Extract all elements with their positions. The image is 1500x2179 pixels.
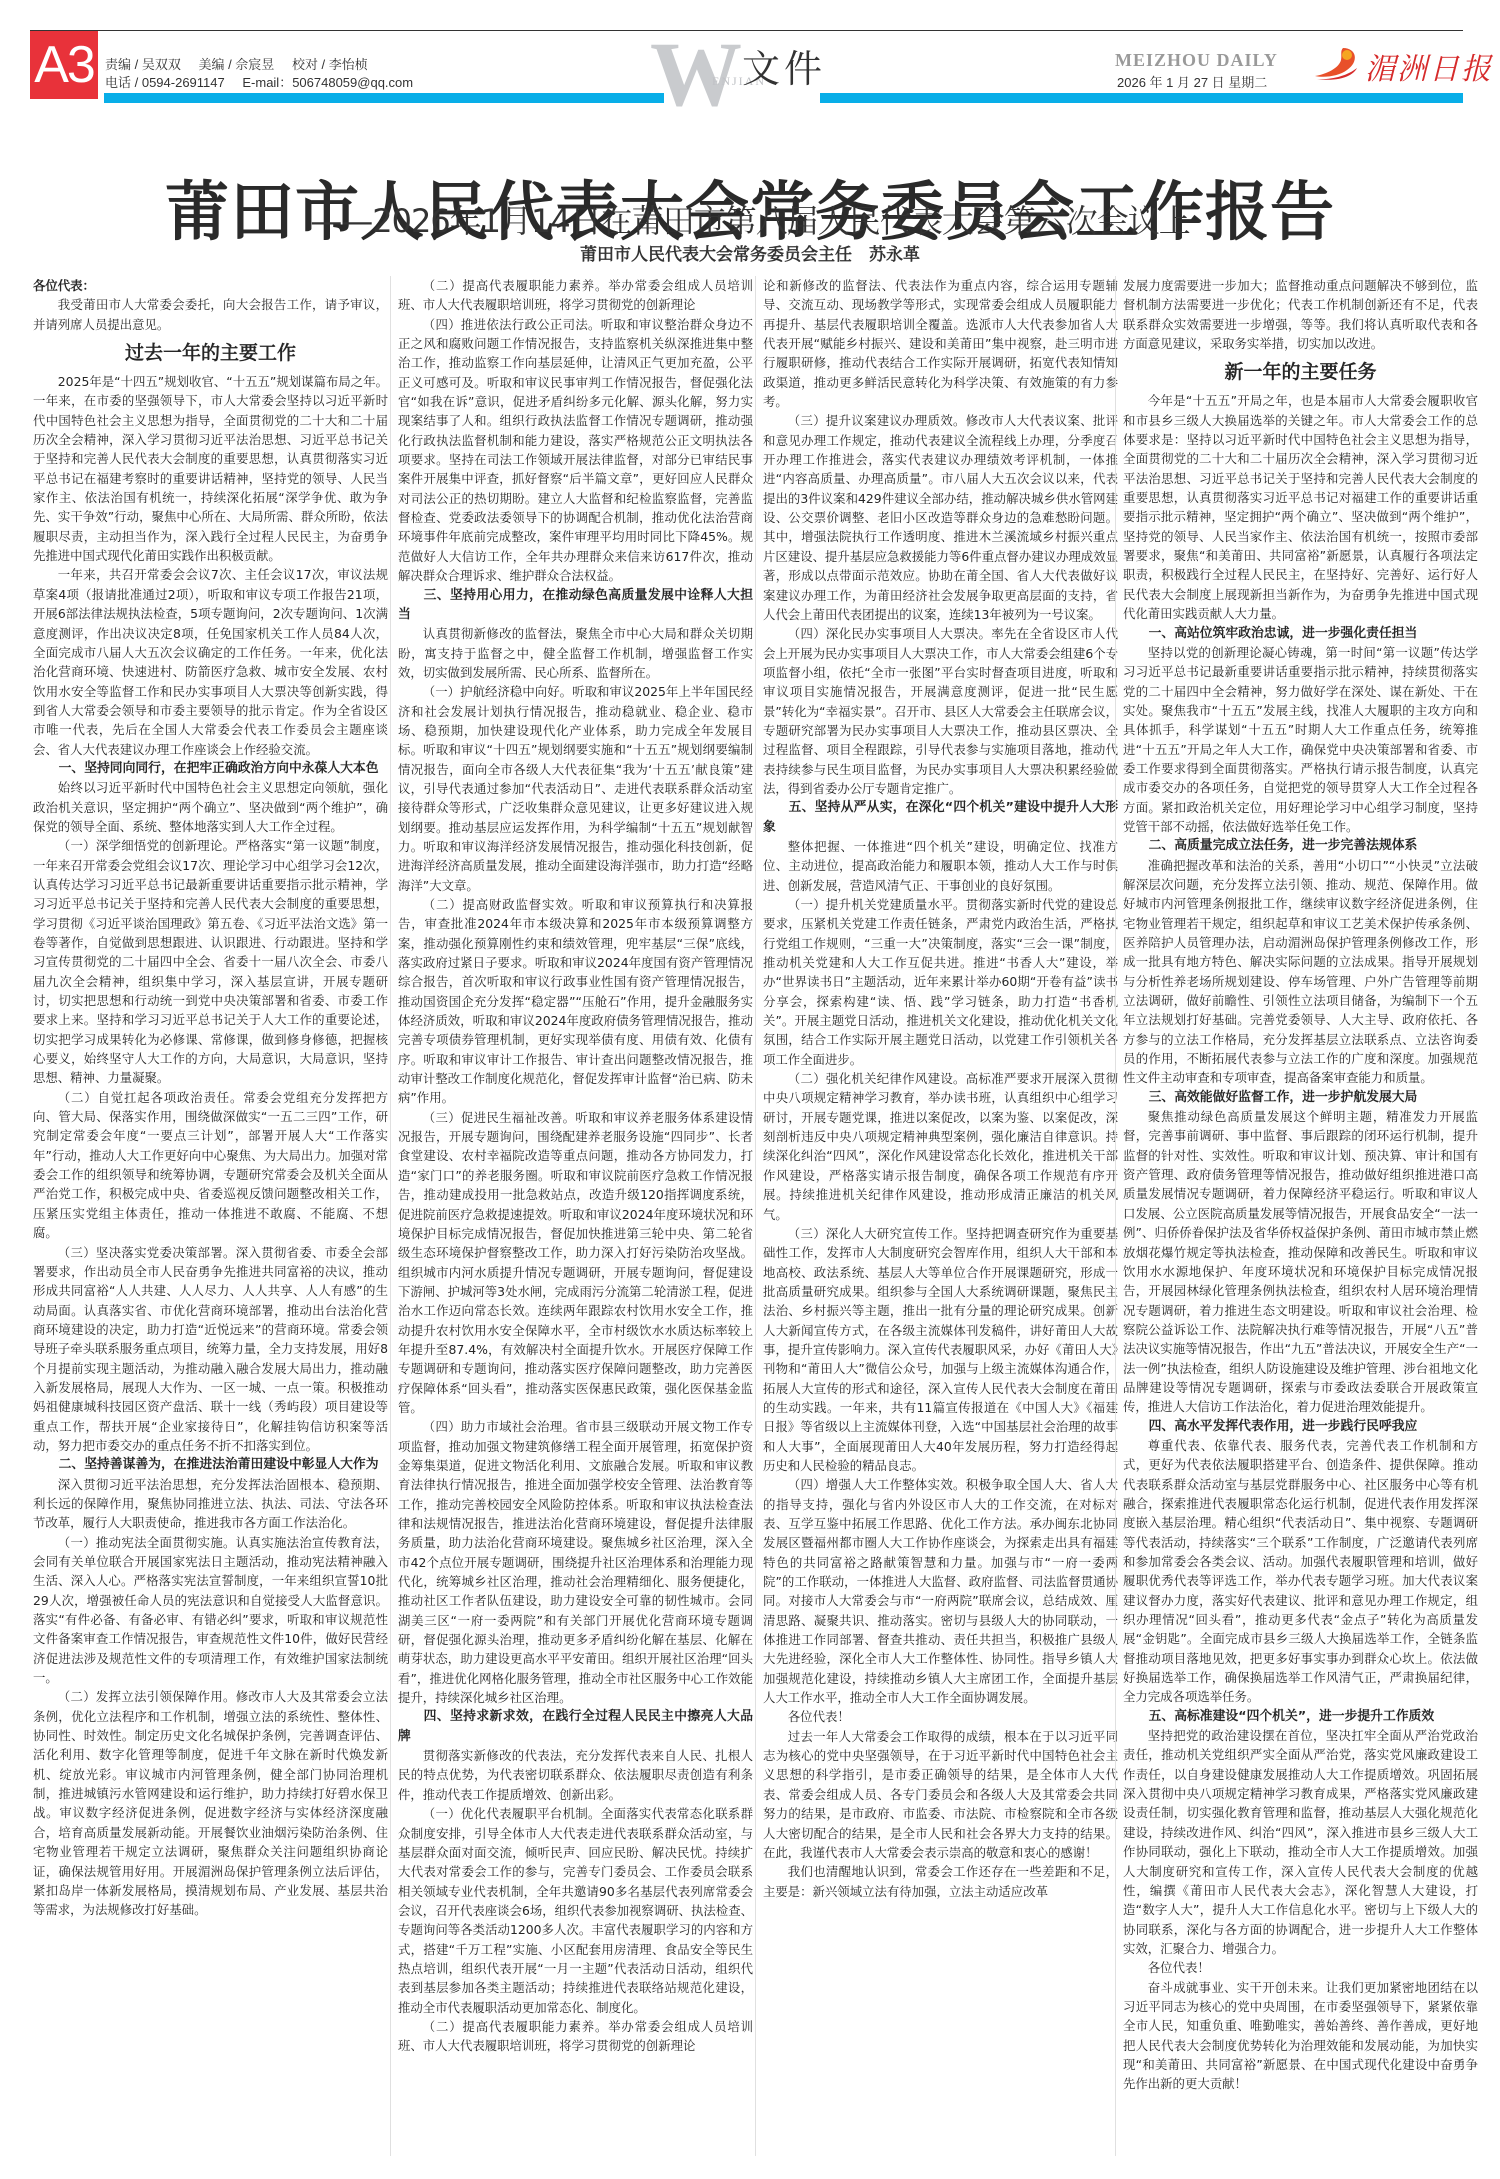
paragraph: 我们也清醒地认识到，常委会工作还存在一些差距和不足，主要是：新兴领域立法有待加强… [763,1862,1118,1901]
paragraph: （二）发挥立法引领保障作用。修改市人大及其常委会立法条例，优化立法程序和工作机制… [33,1687,388,1919]
column-divider [1115,276,1116,2156]
paragraph: （四）助力市域社会治理。省市县三级联动开展文物工作专项监督，推动加强文物建筑修缮… [398,1417,753,1707]
paragraph: （二）提高代表履职能力素养。举办常委会组成人员培训班、市人大代表履职培训班，将学… [398,2017,753,2056]
article-column-3: 论和新修改的监督法、代表法作为重点内容，综合运用专题辅导、交流互动、现场教学等形… [763,276,1118,1901]
paragraph: （二）自觉扛起各项政治责任。常委会党组充分发挥把方向、管大局、保落实作用，围绕做… [33,1088,388,1243]
header-bar-right [820,93,1463,103]
paragraph: 聚焦推动绿色高质量发展这个鲜明主题，精准发力开展监督，完善事前调研、事中监督、事… [1123,1107,1478,1417]
paragraph: （四）推进依法行政公正司法。听取和审议整治群众身边不正之风和腐败问题工作情况报告… [398,315,753,586]
masthead-chinese: 湄洲日报 [1365,44,1493,88]
paragraph: 论和新修改的监督法、代表法作为重点内容，综合运用专题辅导、交流互动、现场教学等形… [763,276,1118,411]
paragraph: （二）提高代表履职能力素养。举办常委会组成人员培训班、市人大代表履职培训班，将学… [398,276,753,315]
paragraph: 过去一年人大常委会工作取得的成绩，根本在于以习近平同志为核心的党中央坚强领导，在… [763,1727,1118,1862]
column-divider [755,276,756,2156]
paragraph: 整体把握、一体推进“四个机关”建设，明确定位、找准方位、主动进位，提高政治能力和… [763,837,1118,895]
paragraph: 准确把握改革和法治的关系，善用“小切口”“小快灵”立法破解深层次问题，充分发挥立… [1123,856,1478,1088]
item-title: （二）自觉扛起各项政治责任。 [58,1090,243,1105]
subsection-heading-5: 五、坚持从严从实，在深化“四个机关”建设中提升人大形象 [763,798,1118,837]
paragraph: （二）强化机关纪律作风建设。高标准严要求开展深入贯彻中央八项规定精神学习教育，举… [763,1069,1118,1224]
article-byline: 莆田市人民代表大会常务委员会主任 苏永革 [0,240,1500,265]
salutation: 各位代表！ [763,1707,1118,1726]
salutation: 各位代表！ [1123,1958,1478,1977]
paragraph: （三）深化人大研究宣传工作。坚持把调查研究作为重要基础性工作，发挥市人大制度研究… [763,1224,1118,1475]
credit-editor: 责编 / 吴双双 [105,57,181,72]
credit-designer: 美编 / 佘宸昱 [198,57,274,72]
article-column-4: 发展力度需要进一步加大；监督推动重点问题解决不够到位，监督机制方法需要进一步优化… [1123,276,1478,2094]
task-heading-5: 五、高标准建设“四个机关”，进一步提升工作质效 [1123,1707,1478,1726]
item-title: （四）推进依法行政公正司法。 [423,317,601,332]
item-title: （一）深学细悟党的创新理论。 [58,838,236,853]
paragraph: 坚持把党的政治建设摆在首位，坚决扛牢全面从严治党政治责任，推动机关党组织严实全面… [1123,1726,1478,1958]
task-heading-3: 三、高效能做好监督工作，进一步护航发展大局 [1123,1088,1478,1107]
editor-credits: 责编 / 吴双双 美编 / 佘宸昱 校对 / 李怡桢 电话 / 0594-269… [105,56,427,92]
item-title: （三）促进民生福祉改善。 [423,1110,576,1125]
salutation: 各位代表： [33,276,388,295]
paragraph: 奋斗成就事业、实干开创未来。让我们更加紧密地团结在以习近平同志为核心的党中央周围… [1123,1978,1478,2094]
subsection-heading-4: 四、坚持求新求效，在践行全过程人民民主中擦亮人大品牌 [398,1707,753,1746]
item-title: （二）提高财政监督实效。 [423,897,582,912]
item-title: （三）深化人大研究宣传工作。 [788,1226,966,1241]
paragraph: 今年是“十五五”开局之年，也是本届市人大常委会履职收官和市县乡三级人大换届选举的… [1123,391,1478,623]
masthead-english: MEIZHOU DAILY [1115,50,1278,71]
subsection-heading-3: 三、坚持用心用力，在推动绿色高质量发展中诠释人大担当 [398,586,753,625]
subsection-heading-1: 一、坚持同向同行，在把牢正确政治方向中永葆人大本色 [33,759,388,778]
paragraph: 深入贯彻习近平法治思想，充分发挥法治固根本、稳预期、利长远的保障作用，聚焦协同推… [33,1475,388,1533]
item-title: （三）提升议案建议办理质效。 [788,413,966,428]
item-title: （一）提升机关党建质量水平。 [788,897,966,912]
section-heading-past-year: 过去一年的主要工作 [33,338,388,368]
paragraph: 我受莆田市人大常委会委托，向大会报告工作，请予审议，并请列席人员提出意见。 [33,295,388,334]
paragraph: （二）提高财政监督实效。听取和审议预算执行和决算报告，审查批准2024年市本级决… [398,895,753,1108]
paragraph: 尊重代表、依靠代表、服务代表，完善代表工作机制和方式，更好为代表依法履职搭建平台… [1123,1436,1478,1707]
paragraph: （三）坚决落实党委决策部署。深入贯彻省委、市委全会部署要求，作出动员全市人民奋勇… [33,1243,388,1456]
paragraph: （一）提升机关党建质量水平。贯彻落实新时代党的建设总要求，压紧机关党建工作责任链… [763,895,1118,1069]
item-title: （三）坚决落实党委决策部署。 [58,1245,236,1260]
paragraph: 始终以习近平新时代中国特色社会主义思想定向领航，强化政治机关意识，坚定拥护“两个… [33,778,388,836]
newspaper-logo-icon [1313,46,1365,82]
section-name: 文件 [742,38,826,93]
item-title: （二）发挥立法引领保障作用。 [58,1689,236,1704]
item-title: （四）助力市域社会治理。 [423,1419,576,1434]
masthead-date: 2026 年 1 月 27 日 星期二 [1117,72,1267,91]
article-subtitle: ——2026年1月14日在莆田市第八届人民代表大会第六次会议上 [0,196,1500,242]
paragraph: （一）推动宪法全面贯彻实施。认真实施法治宣传教育法，会同有关单位联合开展国家宪法… [33,1533,388,1688]
item-title: （一）优化代表履职平台机制。 [423,1806,601,1821]
paragraph: （一）优化代表履职平台机制。全面落实代表常态化联系群众制度安排，引导全体市人大代… [398,1804,753,2017]
item-title: （一）推动宪法全面贯彻实施。 [58,1535,236,1550]
item-title: （二）提高代表履职能力素养。 [423,2019,608,2034]
credit-phone: 电话 / 0594-2691147 [105,75,225,90]
article-column-2: （二）提高代表履职能力素养。举办常委会组成人员培训班、市人大代表履职培训班，将学… [398,276,753,2056]
item-title: （一）护航经济稳中向好。 [423,684,572,699]
article-column-1: 各位代表： 我受莆田市人大常委会委托，向大会报告工作，请予审议，并请列席人员提出… [33,276,388,1920]
column-divider [390,276,391,2156]
paragraph: 认真贯彻新修改的监督法，聚焦全市中心大局和群众关切期盼，寓支持于监督之中，健全监… [398,624,753,682]
task-heading-4: 四、高水平发挥代表作用，进一步践行民呼我应 [1123,1417,1478,1436]
section-heading-new-year: 新一年的主要任务 [1123,357,1478,387]
credit-email: E-mail：506748059@qq.com [242,75,413,90]
item-title: （二）提高代表履职能力素养。 [423,278,608,293]
paragraph: 贯彻落实新修改的代表法，充分发挥代表来自人民、扎根人民的特点优势，为代表密切联系… [398,1746,753,1804]
paragraph: 发展力度需要进一步加大；监督推动重点问题解决不够到位，监督机制方法需要进一步优化… [1123,276,1478,353]
credit-proofreader: 校对 / 李怡桢 [292,57,368,72]
item-title: （二）强化机关纪律作风建设。 [788,1071,966,1086]
subsection-heading-2: 二、坚持善谋善为，在推进法治莆田建设中彰显人大作为 [33,1455,388,1474]
page-number-badge: A3 [30,31,98,99]
paragraph: （三）提升议案建议办理质效。修改市人大代表议案、批评和意见办理工作规定，推动代表… [763,411,1118,624]
task-heading-1: 一、高站位筑牢政治忠诚，进一步强化责任担当 [1123,624,1478,643]
paragraph: （一）深学细悟党的创新理论。严格落实“第一议题”制度，一年来召开常委会党组会议1… [33,836,388,1087]
header-bar-left [104,93,664,103]
paragraph: （四）增强人大工作整体实效。积极争取全国人大、省人大的指导支持，强化与省内外设区… [763,1475,1118,1707]
top-rule [30,30,1463,31]
item-title: （四）增强人大工作整体实效。 [788,1477,966,1492]
task-heading-2: 二、高质量完成立法任务，进一步完善法规体系 [1123,836,1478,855]
paragraph: 一年来，共召开常委会会议7次、主任会议17次，审议法规草案4项（报请批准通过2项… [33,565,388,758]
paragraph: （一）护航经济稳中向好。听取和审议2025年上半年国民经济和社会发展计划执行情况… [398,682,753,895]
paragraph: 2025年是“十四五”规划收官、“十五五”规划谋篇布局之年。一年来，在市委的坚强… [33,372,388,565]
paragraph: 坚持以党的创新理论凝心铸魂，第一时间“第一议题”传达学习习近平总书记最新重要讲话… [1123,643,1478,836]
paragraph: （三）促进民生福祉改善。听取和审议养老服务体系建设情况报告，开展专题询问，围绕配… [398,1108,753,1418]
item-title: （四）深化民办实事项目人大票决。 [788,626,991,641]
paragraph: （四）深化民办实事项目人大票决。率先在全省设区市人代会上开展为民办实事项目人大票… [763,624,1118,798]
